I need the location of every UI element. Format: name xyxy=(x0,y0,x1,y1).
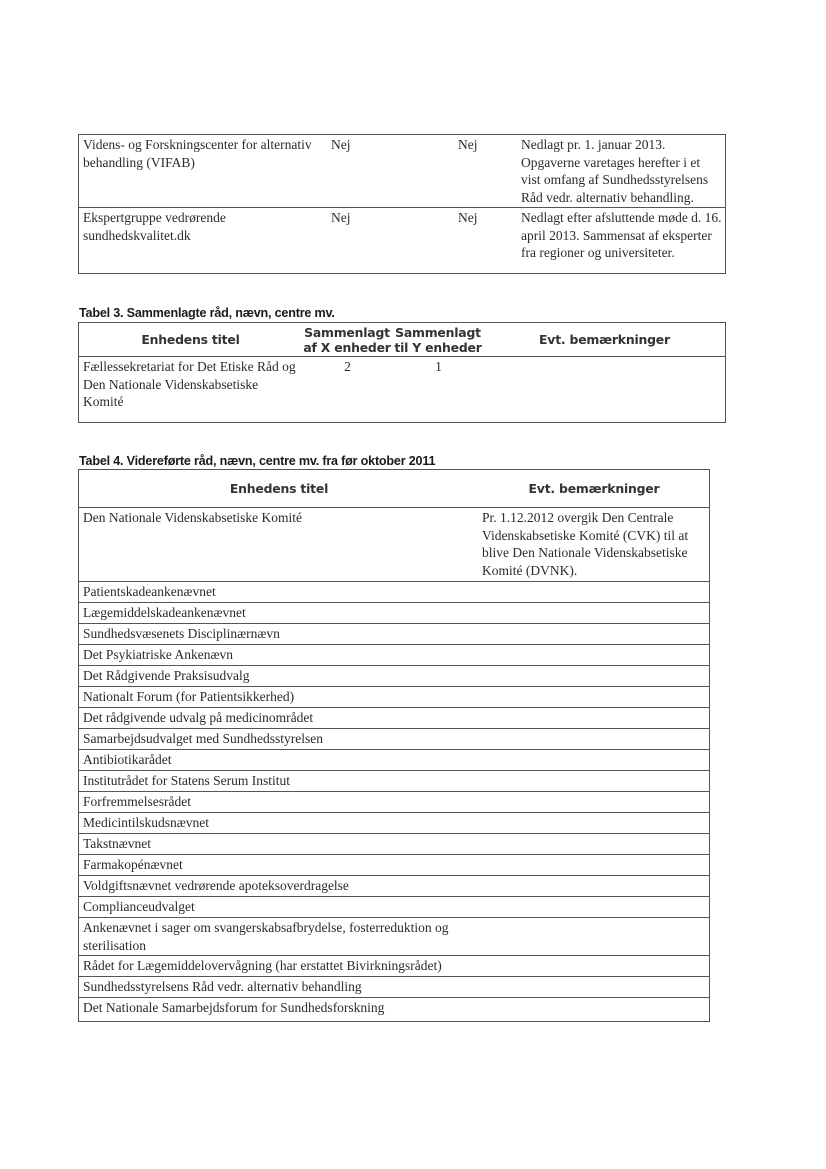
remarks xyxy=(479,645,710,666)
header-remarks: Evt. bemærkninger xyxy=(479,470,710,508)
table-row: Ankenævnet i sager om svangerskabsafbryd… xyxy=(79,918,710,956)
remarks xyxy=(479,603,710,624)
unit-title: Det Rådgivende Praksisudvalg xyxy=(79,666,480,687)
table3-caption: Tabel 3. Sammenlagte råd, nævn, centre m… xyxy=(79,306,335,320)
remarks xyxy=(479,918,710,956)
unit-title: Den Nationale Videnskabsetiske Komité xyxy=(79,508,480,582)
table-continuation: Videns- og Forskningscenter for alternat… xyxy=(78,134,726,274)
table-row: Complianceudvalget xyxy=(79,897,710,918)
remarks xyxy=(479,771,710,792)
table-row: Det Psykiatriske Ankenævn xyxy=(79,645,710,666)
unit-title: Sundhedsvæsenets Disciplinærnævn xyxy=(79,624,480,645)
unit-title: Complianceudvalget xyxy=(79,897,480,918)
remarks xyxy=(479,750,710,771)
table-header-row: Enhedens titel Evt. bemærkninger xyxy=(79,470,710,508)
remarks xyxy=(484,357,726,423)
remarks xyxy=(479,813,710,834)
remarks xyxy=(479,977,710,998)
header-title: Enhedens titel xyxy=(79,323,303,357)
remarks xyxy=(479,687,710,708)
unit-title: Videns- og Forskningscenter for alternat… xyxy=(79,135,318,208)
remarks xyxy=(479,897,710,918)
remarks xyxy=(479,708,710,729)
table-row: Fællessekretariat for Det Etiske Råd og … xyxy=(79,357,726,423)
remarks: Nedlagt pr. 1. januar 2013. Opgaverne va… xyxy=(517,135,726,208)
cell-value: Nej xyxy=(452,208,517,274)
unit-title: Antibiotikarådet xyxy=(79,750,480,771)
unit-title: Patientskadeankenævnet xyxy=(79,582,480,603)
unit-title: Sundhedsstyrelsens Råd vedr. alternativ … xyxy=(79,977,480,998)
unit-title: Medicintilskudsnævnet xyxy=(79,813,480,834)
table-row: Det Rådgivende Praksisudvalg xyxy=(79,666,710,687)
remarks xyxy=(479,956,710,977)
header-remarks: Evt. bemærkninger xyxy=(484,323,726,357)
remarks xyxy=(479,998,710,1022)
unit-title: Voldgiftsnævnet vedrørende apoteksoverdr… xyxy=(79,876,480,897)
unit-title: Institutrådet for Statens Serum Institut xyxy=(79,771,480,792)
unit-title: Det Nationale Samarbejdsforum for Sundhe… xyxy=(79,998,480,1022)
merged-to-count: 1 xyxy=(392,357,484,423)
unit-title: Lægemiddelskadeankenævnet xyxy=(79,603,480,624)
table-row: Antibiotikarådet xyxy=(79,750,710,771)
unit-title: Rådet for Lægemiddelovervågning (har ers… xyxy=(79,956,480,977)
table-row: Lægemiddelskadeankenævnet xyxy=(79,603,710,624)
table-row: Sundhedsstyrelsens Råd vedr. alternativ … xyxy=(79,977,710,998)
table-header-row: Enhedens titel Sammenlagt af X enheder S… xyxy=(79,323,726,357)
table-row: Ekspertgruppe vedrørende sundhedskvalite… xyxy=(79,208,726,274)
table-row: Videns- og Forskningscenter for alternat… xyxy=(79,135,726,208)
remarks xyxy=(479,624,710,645)
cell-value: Nej xyxy=(317,135,452,208)
table-row: Det Nationale Samarbejdsforum for Sundhe… xyxy=(79,998,710,1022)
table-row: Det rådgivende udvalg på medicinområdet xyxy=(79,708,710,729)
remarks: Nedlagt efter afsluttende møde d. 16. ap… xyxy=(517,208,726,274)
unit-title: Nationalt Forum (for Patientsikkerhed) xyxy=(79,687,480,708)
table-row: Voldgiftsnævnet vedrørende apoteksoverdr… xyxy=(79,876,710,897)
unit-title: Ankenævnet i sager om svangerskabsafbryd… xyxy=(79,918,480,956)
unit-title: Forfremmelsesrådet xyxy=(79,792,480,813)
header-merged-from: Sammenlagt af X enheder xyxy=(302,323,392,357)
table-row: Forfremmelsesrådet xyxy=(79,792,710,813)
table-row: Farmakopénævnet xyxy=(79,855,710,876)
unit-title: Det Psykiatriske Ankenævn xyxy=(79,645,480,666)
remarks xyxy=(479,582,710,603)
table-row: Institutrådet for Statens Serum Institut xyxy=(79,771,710,792)
table3: Enhedens titel Sammenlagt af X enheder S… xyxy=(78,322,726,423)
remarks xyxy=(479,834,710,855)
cell-value: Nej xyxy=(317,208,452,274)
remarks xyxy=(479,666,710,687)
remarks: Pr. 1.12.2012 overgik Den Centrale Viden… xyxy=(479,508,710,582)
table-row: Rådet for Lægemiddelovervågning (har ers… xyxy=(79,956,710,977)
cell-value: Nej xyxy=(452,135,517,208)
table-row: Takstnævnet xyxy=(79,834,710,855)
remarks xyxy=(479,792,710,813)
table4: Enhedens titel Evt. bemærkninger Den Nat… xyxy=(78,469,710,1022)
remarks xyxy=(479,729,710,750)
unit-title: Farmakopénævnet xyxy=(79,855,480,876)
remarks xyxy=(479,876,710,897)
unit-title: Det rådgivende udvalg på medicinområdet xyxy=(79,708,480,729)
remarks xyxy=(479,855,710,876)
table-row: Den Nationale Videnskabsetiske KomitéPr.… xyxy=(79,508,710,582)
table4-caption: Tabel 4. Videreførte råd, nævn, centre m… xyxy=(79,454,435,468)
table-row: Patientskadeankenævnet xyxy=(79,582,710,603)
header-title: Enhedens titel xyxy=(79,470,480,508)
header-merged-to: Sammenlagt til Y enheder xyxy=(392,323,484,357)
unit-title: Fællessekretariat for Det Etiske Råd og … xyxy=(79,357,303,423)
table-row: Medicintilskudsnævnet xyxy=(79,813,710,834)
table-row: Samarbejdsudvalget med Sundhedsstyrelsen xyxy=(79,729,710,750)
table-row: Sundhedsvæsenets Disciplinærnævn xyxy=(79,624,710,645)
table-row: Nationalt Forum (for Patientsikkerhed) xyxy=(79,687,710,708)
unit-title: Takstnævnet xyxy=(79,834,480,855)
merged-from-count: 2 xyxy=(302,357,392,423)
unit-title: Ekspertgruppe vedrørende sundhedskvalite… xyxy=(79,208,318,274)
unit-title: Samarbejdsudvalget med Sundhedsstyrelsen xyxy=(79,729,480,750)
